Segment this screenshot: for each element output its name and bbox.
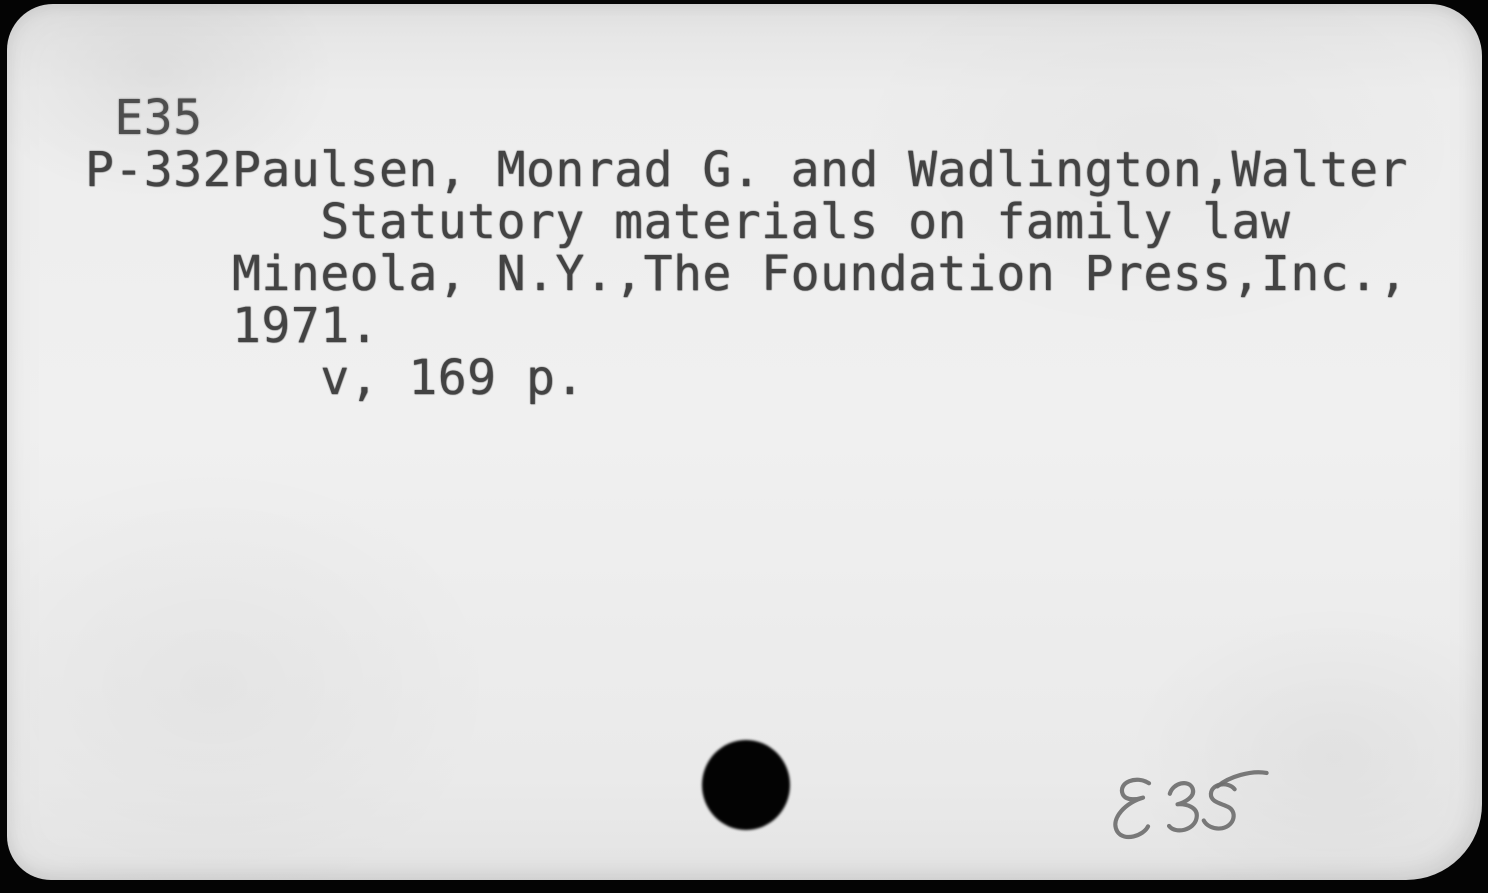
typed-line-title: Statutory materials on family law [85,196,1408,248]
typed-text-block: E35P-332Paulsen, Monrad G. and Wadlingto… [85,92,1408,404]
typed-line-call-number-top: E35 [85,92,1408,144]
catalog-card: E35P-332Paulsen, Monrad G. and Wadlingto… [7,4,1482,880]
pencil-stroke-E [1112,779,1152,838]
typed-line-pagination: v, 169 p. [85,352,1408,404]
typed-line-imprint: Mineola, N.Y.,The Foundation Press,Inc., [85,248,1408,300]
typed-line-year: 1971. [85,300,1408,352]
hole-punch-dot [702,740,790,830]
pencil-stroke-3 [1166,782,1198,831]
handwritten-call-number [1100,762,1291,859]
pencil-stroke-5-body [1201,784,1237,830]
typed-line-author: P-332Paulsen, Monrad G. and Wadlington,W… [85,144,1408,196]
scan-background: E35P-332Paulsen, Monrad G. and Wadlingto… [0,0,1488,893]
